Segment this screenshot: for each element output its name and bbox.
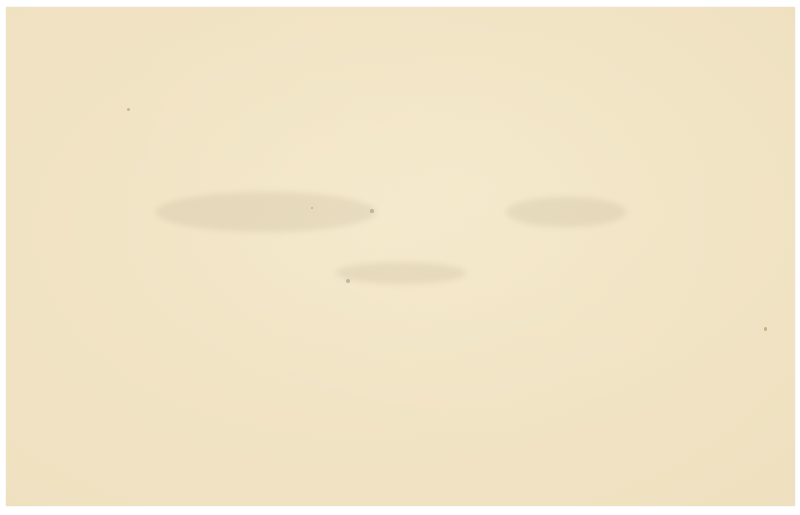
foxing-spot xyxy=(127,108,130,111)
foxing-spot xyxy=(311,207,313,209)
show-through-mark xyxy=(156,192,376,232)
foxing-spot xyxy=(346,279,350,283)
blank-paper-card xyxy=(6,7,795,506)
foxing-spot xyxy=(370,209,374,213)
foxing-spot xyxy=(764,327,767,331)
show-through-mark xyxy=(506,197,626,227)
show-through-mark xyxy=(336,262,466,284)
